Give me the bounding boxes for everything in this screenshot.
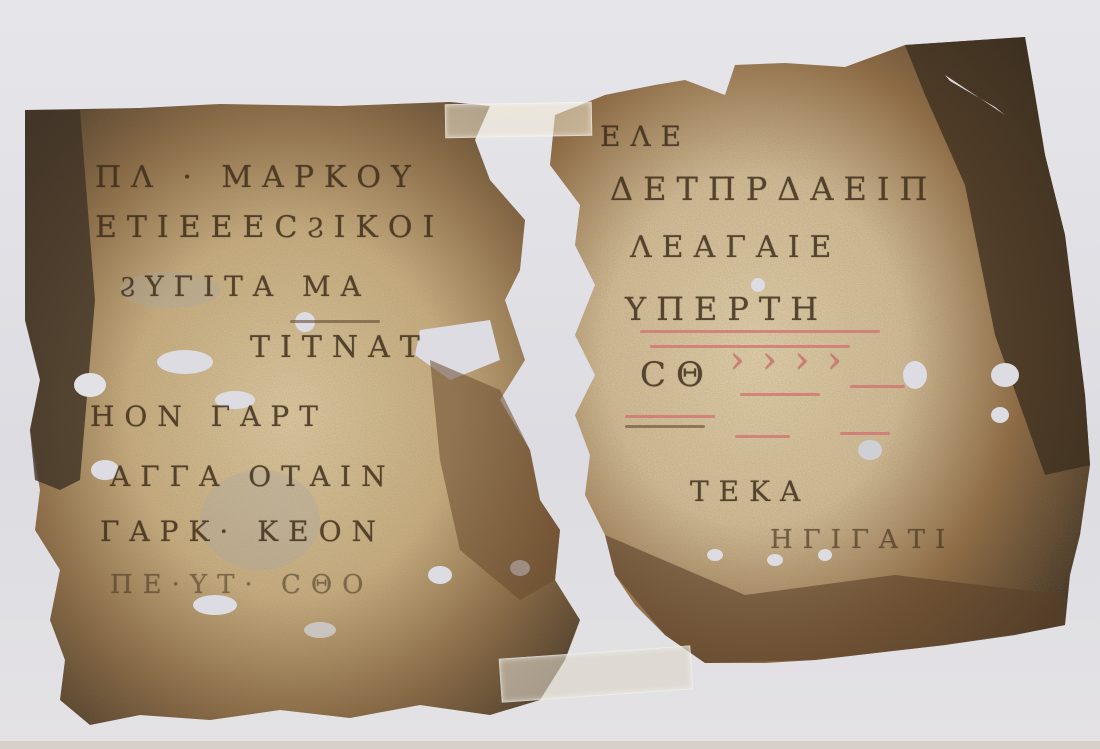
right-line-4: ΥΠΕΡΤΗ — [625, 290, 828, 328]
left-line-8: ΠΕ·ΥΤ· ϹΘΟ — [110, 570, 373, 600]
right-line-1: ΕΛΕ — [600, 120, 691, 153]
left-line-2: ΕΤΙΕΕΕϹϨΙΚΟΙ — [95, 210, 444, 245]
dark-rule — [625, 425, 705, 428]
left-paragraph-rule — [290, 320, 380, 323]
mount-edge — [0, 741, 1100, 749]
right-line-5: ϹΘ — [640, 355, 714, 395]
rubric-marks: ›››› — [730, 340, 860, 381]
right-line-3: ΛΕΑΓΑΙΕ — [630, 230, 841, 265]
red-rule-7 — [840, 432, 890, 435]
left-line-3: ϨΥΓΙΤΑ ΜΑ — [120, 270, 371, 304]
right-line-6: ΤΕΚΑ — [690, 475, 810, 508]
right-line-7: ΗΓΙΓΑΤΙ — [770, 525, 955, 555]
left-line-1: ΠΛ · ΜΑΡΚΟΥ — [95, 160, 421, 195]
left-line-5: ΗΟΝ ΓΑΡΤ — [90, 400, 328, 433]
left-line-7: ΓΑΡΚ· ΚΕΟΝ — [100, 515, 386, 548]
red-rule-3 — [740, 393, 820, 396]
left-line-4: ΤΙΤΝΑΤ — [250, 330, 430, 365]
left-line-6: ΑΓΓΑ ΟΤΑΙΝ — [110, 460, 396, 493]
red-rule-6 — [735, 435, 790, 438]
red-rule-4 — [850, 385, 905, 388]
right-line-2: ΔΕΤΠΡΔΑΕΙΠ — [610, 170, 937, 208]
red-rule-5 — [625, 415, 715, 418]
top-tape-strip — [445, 102, 593, 139]
red-rule-1 — [640, 330, 880, 333]
photo-scene: ΠΛ · ΜΑΡΚΟΥ ΕΤΙΕΕΕϹϨΙΚΟΙ ϨΥΓΙΤΑ ΜΑ ΤΙΤΝΑ… — [0, 0, 1100, 749]
